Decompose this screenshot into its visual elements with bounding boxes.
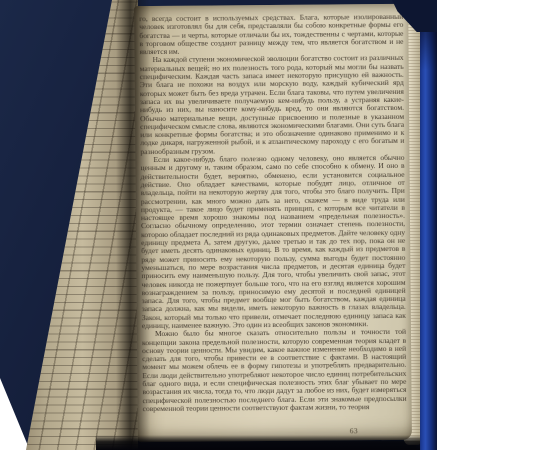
open-book-photo: го, всегда состоит в используемых средст… (0, 0, 550, 450)
paragraph: На каждой ступени экономической эволюции… (140, 54, 405, 156)
page-number: 63 (350, 427, 358, 435)
page-text: го, всегда состоит в используемых средст… (139, 13, 407, 426)
book-page: го, всегда состоит в используемых средст… (134, 4, 412, 442)
paragraph: го, всегда состоит в используемых средст… (139, 13, 403, 57)
paragraph: Можно было бы многое сказать относительн… (142, 328, 407, 413)
paragraph: Если какое-нибудь благо полезно одному ч… (140, 154, 406, 331)
